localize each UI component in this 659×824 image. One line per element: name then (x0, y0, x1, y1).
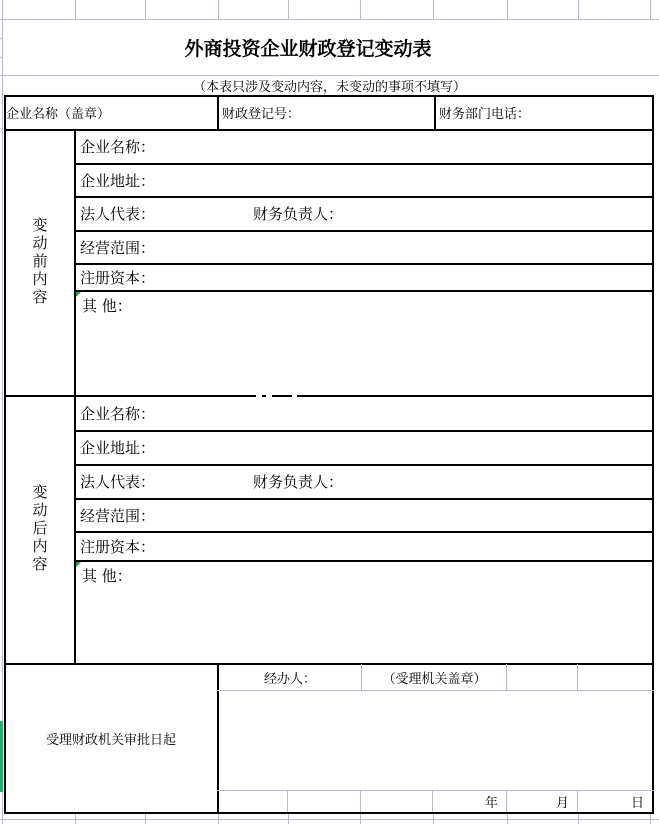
row-legal-rep-before[interactable]: 法人代表： 财务负责人： (76, 198, 655, 229)
row-label-finance-manager: 财务负责人： (253, 471, 343, 492)
gridline (2, 0, 3, 19)
finance-phone-cell[interactable]: 财务部门电话： (439, 97, 650, 128)
green-selection-strip (0, 721, 3, 792)
row-business-scope-before[interactable]: 经营范围： (76, 232, 655, 262)
day-label: 日 (631, 792, 644, 811)
row-label-finance-manager: 财务负责人： (253, 203, 343, 224)
date-row-empty-cell[interactable] (288, 791, 360, 812)
section-after-side-label: 变动后内容 (6, 397, 72, 661)
row-label: 经营范围： (80, 505, 155, 526)
date-year-cell[interactable]: 年 (432, 791, 498, 812)
fiscal-registration-no-label: 财政登记号： (222, 103, 300, 122)
date-month-cell[interactable]: 月 (506, 791, 569, 812)
row-other-after[interactable]: 其 他： (82, 562, 651, 665)
gridline (650, 0, 651, 19)
year-label: 年 (485, 792, 498, 811)
gridline (578, 0, 579, 19)
row-label: 法人代表： (80, 471, 155, 492)
row-enterprise-name-before[interactable]: 企业名称： (76, 131, 655, 162)
operator-row-empty-cell[interactable] (507, 665, 577, 690)
company-name-seal-label: 企业名称（盖章） (6, 103, 110, 122)
row-enterprise-name-after[interactable]: 企业名称： (76, 397, 655, 429)
gridline (507, 0, 508, 19)
agency-seal-cell[interactable]: （受理机关盖章） (363, 665, 506, 690)
spreadsheet-grid-row-bottom (0, 814, 659, 824)
fiscal-registration-no-cell[interactable]: 财政登记号： (222, 97, 432, 128)
form-subtitle: （本表只涉及变动内容，未变动的事项不填写） (0, 76, 659, 95)
row-enterprise-address-before[interactable]: 企业地址： (76, 165, 655, 195)
gridline (360, 0, 361, 19)
month-label: 月 (556, 792, 569, 811)
date-day-cell[interactable]: 日 (577, 791, 644, 812)
accepting-authority-cell: 受理财政机关审批日起 (6, 665, 216, 811)
row-enterprise-address-after[interactable]: 企业地址： (76, 432, 655, 463)
date-row-empty-cell[interactable] (219, 791, 287, 812)
operator-cell[interactable]: 经办人： (219, 665, 361, 690)
row-label: 企业地址： (80, 170, 155, 191)
gridline (75, 0, 76, 19)
row-label: 企业地址： (80, 437, 155, 458)
row-label: 注册资本： (80, 267, 155, 288)
operator-row-empty-cell[interactable] (578, 665, 652, 690)
gridline (361, 664, 362, 690)
gridline (218, 0, 219, 19)
row-label: 法人代表： (80, 203, 155, 224)
row-legal-rep-after[interactable]: 法人代表： 财务负责人： (76, 466, 655, 497)
row-label: 企业名称： (80, 136, 155, 157)
gridline (145, 0, 146, 19)
company-name-seal-cell[interactable]: 企业名称（盖章） (6, 97, 215, 128)
border-line (434, 95, 436, 129)
gridline (288, 0, 289, 19)
row-label: 其 他： (82, 295, 132, 316)
row-label: 注册资本： (80, 536, 155, 557)
spreadsheet-grid-row-top (0, 0, 659, 19)
row-label: 企业名称： (80, 403, 155, 424)
row-label: 经营范围： (80, 237, 155, 258)
gridline (433, 0, 434, 19)
spreadsheet-form-canvas: 外商投资企业财政登记变动表 （本表只涉及变动内容，未变动的事项不填写） 企业名称… (0, 0, 659, 824)
gridline-left-edge (2, 19, 3, 824)
row-registered-capital-after[interactable]: 注册资本： (76, 533, 655, 559)
date-row-empty-cell[interactable] (361, 791, 432, 812)
accepting-authority-label: 受理财政机关审批日起 (46, 729, 176, 748)
agency-seal-label: （受理机关盖章） (382, 668, 486, 687)
finance-phone-label: 财务部门电话： (439, 103, 530, 122)
border-line (217, 95, 219, 129)
green-triangle-marker (76, 292, 81, 297)
section-before-side-label: 变动前内容 (6, 131, 72, 393)
row-business-scope-after[interactable]: 经营范围： (76, 500, 655, 530)
form-title: 外商投资企业财政登记变动表 (0, 19, 616, 75)
row-label: 其 他： (82, 565, 132, 586)
green-triangle-marker (76, 562, 81, 567)
seal-stamp-area[interactable] (219, 691, 652, 790)
operator-label: 经办人： (264, 668, 316, 687)
row-registered-capital-before[interactable]: 注册资本： (76, 265, 655, 289)
row-other-before[interactable]: 其 他： (82, 292, 651, 397)
gridline (0, 819, 659, 820)
